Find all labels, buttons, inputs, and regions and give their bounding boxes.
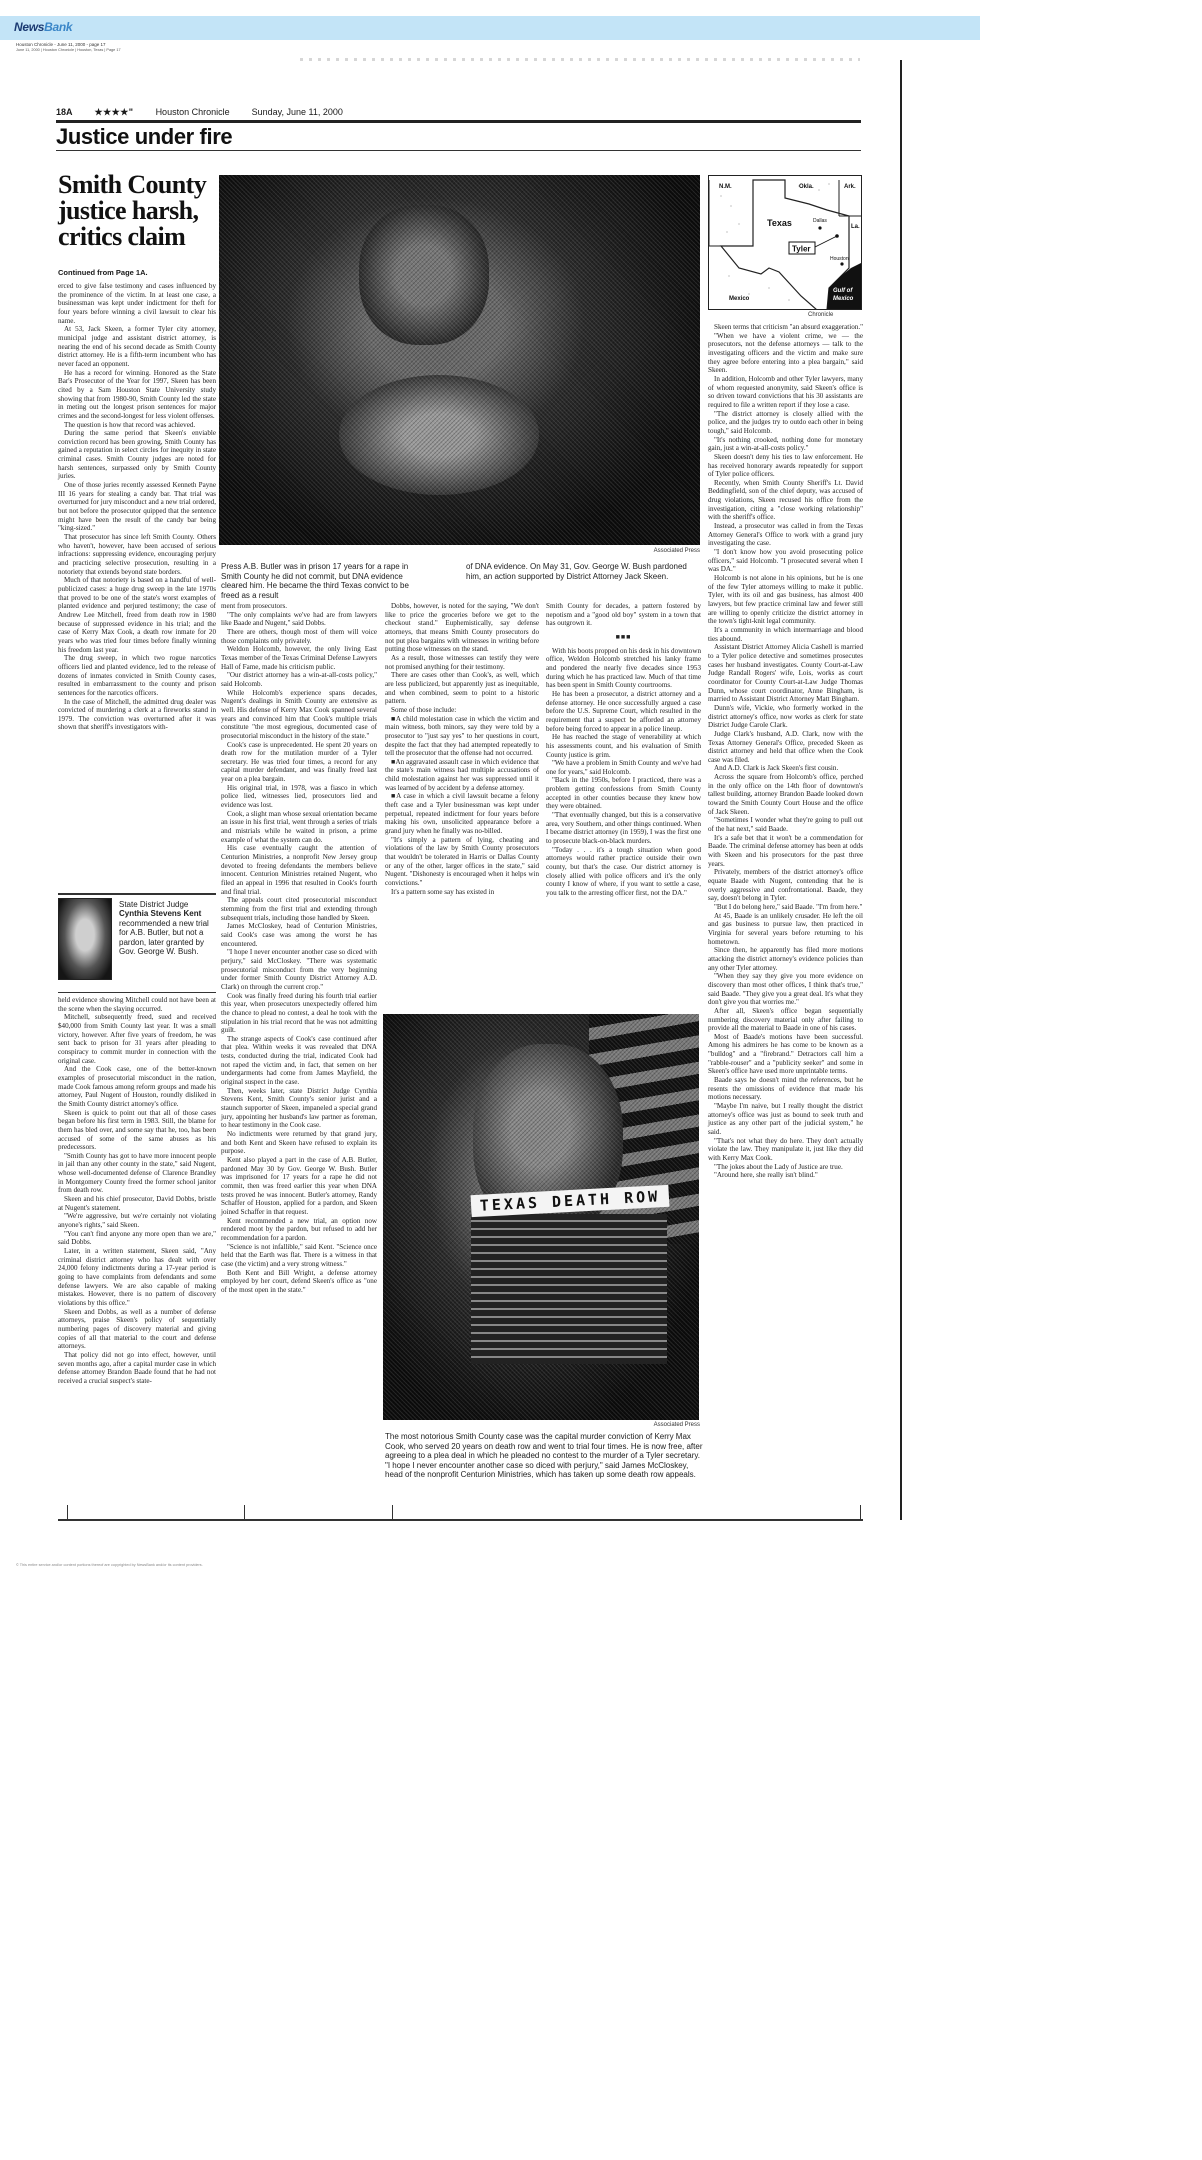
article-paragraph: At 45, Baade is an unlikely crusader. He… [708,912,863,947]
scan-tick [392,1505,393,1519]
article-paragraph: "Back in the 1950s, before I practiced, … [546,776,701,811]
article-paragraph: "The only complaints we've had are from … [221,611,377,628]
logo-text-news: News [14,20,44,34]
article-paragraph: Holcomb is not alone in his opinions, bu… [708,574,863,626]
article-paragraph: ment from prosecutors. [221,602,377,611]
map-label-gulf-2: Mexico [833,296,854,302]
article-paragraph: "We have a problem in Smith County and w… [546,759,701,776]
scan-tick [67,1505,68,1519]
article-paragraph: Skeen doesn't deny his ties to law enfor… [708,453,863,479]
scan-artifact [300,58,860,61]
map-label-texas: Texas [767,218,792,228]
article-column-5: Skeen terms that criticism "an absurd ex… [708,323,863,1180]
article-paragraph: "Our district attorney has a win-at-all-… [221,671,377,688]
article-paragraph: "You can't find anyone any more open tha… [58,1230,216,1247]
article-paragraph: Skeen is quick to point out that all of … [58,1109,216,1152]
article-column-3: Dobbs, however, is noted for the saying,… [385,602,539,896]
map-label-gulf-1: Gulf of [833,288,853,294]
article-paragraph: The drug sweep, in which two rogue narco… [58,654,216,697]
article-paragraph: He has been a prosecutor, a district att… [546,690,701,733]
page-number: 18A [56,107,73,117]
article-paragraph: In the case of Mitchell, the admitted dr… [58,698,216,733]
newsbank-logo[interactable]: NewsBank [14,20,72,34]
page-folio: 18A ★★★★" Houston Chronicle Sunday, June… [56,107,343,118]
document-meta: June 11, 2000 | Houston Chronicle | Hous… [16,48,121,52]
mug-rule [58,893,216,895]
article-paragraph: Some of those include: [385,706,539,715]
map-label-okla: Okla. [799,184,814,190]
article-paragraph: As a result, those witnesses can testify… [385,654,539,671]
scan-tick [244,1505,245,1519]
article-paragraph: Baade says he doesn't mind the reference… [708,1076,863,1102]
page-edge [900,60,905,1520]
article-paragraph: At 53, Jack Skeen, a former Tyler city a… [58,325,216,368]
article-paragraph: Instead, a prosecutor was called in from… [708,522,863,548]
article-paragraph: Cook was finally freed during his fourth… [221,992,377,1035]
top-rule [56,120,861,123]
article-paragraph: "Around here, she really isn't blind." [708,1171,863,1180]
article-paragraph: Assistant District Attorney Alicia Cashe… [708,643,863,704]
article-paragraph: It's a pattern some say has existed in [385,888,539,897]
photo-book-cover [471,1214,667,1364]
article-paragraph: It's a community in which intermarriage … [708,626,863,643]
article-paragraph: Kent also played a part in the case of A… [221,1156,377,1217]
article-paragraph: The appeals court cited prosecutorial mi… [221,896,377,922]
article-paragraph: Later, in a written statement, Skeen sai… [58,1247,216,1308]
mug-rule-bottom [58,992,216,993]
article-paragraph: Smith County for decades, a pattern fost… [546,602,701,628]
newspaper-name: Houston Chronicle [156,107,230,117]
article-paragraph: And A.D. Clark is Jack Skeen's first cou… [708,764,863,773]
title-rule [56,150,861,151]
article-paragraph: Judge Clark's husband, A.D. Clark, now w… [708,730,863,765]
article-paragraph: Most of Baade's motions have been succes… [708,1033,863,1076]
article-paragraph: Weldon Holcomb, however, the only living… [221,645,377,671]
article-paragraph: After all, Skeen's office began sequenti… [708,1007,863,1033]
newsbank-header-bar: NewsBank [0,16,980,40]
article-paragraph: Skeen and Dobbs, as well as a number of … [58,1308,216,1351]
bullet-item: A child molestation case in which the vi… [385,715,539,758]
article-paragraph: Much of that notoriety is based on a han… [58,576,216,654]
article-paragraph: Privately, members of the district attor… [708,868,863,903]
edition-stars: ★★★★" [95,107,134,118]
map-label-la: La. [851,224,860,230]
map-label-nm: N.M. [719,184,732,190]
article-paragraph: That policy did not go into effect, howe… [58,1351,216,1386]
article-paragraph: "The district attorney is closely allied… [708,410,863,436]
caption-body: recommended a new trial for A.B. Butler,… [119,919,209,956]
article-paragraph: His case eventually caught the attention… [221,844,377,896]
article-paragraph: "The jokes about the Lady of Justice are… [708,1163,863,1172]
caption-name: Cynthia Stevens Kent [119,909,201,918]
article-paragraph: "It's nothing crooked, nothing done for … [708,436,863,453]
article-headline: Smith County justice harsh, critics clai… [58,172,218,250]
photo-subject-face [359,205,489,345]
article-paragraph: One of those juries recently assessed Ke… [58,481,216,533]
article-paragraph: There are others, though most of them wi… [221,628,377,645]
article-paragraph: "Science is not infallible," said Kent. … [221,1243,377,1269]
section-break: ■■■ [546,633,701,642]
top-photo-caption-a: Press A.B. Butler was in prison 17 years… [221,562,421,600]
document-title: Houston Chronicle - June 11, 2000 - page… [16,42,105,47]
article-paragraph: That prosecutor has since left Smith Cou… [58,533,216,576]
map-label-houston: Houston [830,256,849,262]
article-paragraph: "We're aggressive, but we're certainly n… [58,1212,216,1229]
article-column-1: erced to give false testimony and cases … [58,282,216,732]
section-title: Justice under fire [56,124,232,150]
article-paragraph: "When they say they give you more eviden… [708,972,863,1007]
article-paragraph: James McCloskey, head of Centurion Minis… [221,922,377,948]
article-paragraph: Kent recommended a new trial, an option … [221,1217,377,1243]
texas-death-row-sign: TEXAS DEATH ROW [471,1185,670,1217]
article-paragraph: "Sometimes I wonder what they're going t… [708,816,863,833]
article-paragraph: "I hope I never encounter another case s… [221,948,377,991]
map-label-mexico: Mexico [729,296,750,302]
article-paragraph: Dunn's wife, Vickie, who formerly worked… [708,704,863,730]
kent-portrait-photo [58,898,112,980]
article-paragraph: There are cases other than Cook's, as we… [385,671,539,706]
texas-map-graphic: N.M. Okla. Ark. La. Texas Dallas Houston… [709,176,862,310]
map-label-tyler: Tyler [792,245,811,254]
article-paragraph: Across the square from Holcomb's office,… [708,773,863,816]
article-paragraph: Cook's case is unprecedented. He spent 2… [221,741,377,784]
copyright-notice: © This entire service and/or content por… [16,1563,203,1567]
bullet-item: An aggravated assault case in which evid… [385,758,539,793]
article-paragraph: Both Kent and Bill Wright, a defense att… [221,1269,377,1295]
bottom-photo-credit: Associated Press [600,1422,700,1428]
article-paragraph: "I don't know how you avoid prosecuting … [708,548,863,574]
article-paragraph: No indictments were returned by that gra… [221,1130,377,1156]
publication-date: Sunday, June 11, 2000 [252,107,343,117]
article-paragraph: Recently, when Smith County Sheriff's Lt… [708,479,863,522]
cook-death-row-photo: TEXAS DEATH ROW [383,1014,699,1420]
bullet-item: A case in which a civil lawsuit became a… [385,792,539,835]
photo-subject-hands [339,375,539,495]
article-paragraph: And the Cook case, one of the better-kno… [58,1065,216,1108]
article-column-2: ment from prosecutors."The only complain… [221,602,377,1295]
article-paragraph: During the same period that Skeen's envi… [58,429,216,481]
article-paragraph: "Maybe I'm naive, but I really thought t… [708,1102,863,1137]
scan-tick [860,1505,861,1519]
article-paragraph: With his boots propped on his desk in hi… [546,647,701,690]
bottom-photo-caption: The most notorious Smith County case was… [385,1432,703,1480]
top-photo-caption-b: of DNA evidence. On May 31, Gov. George … [466,562,702,581]
map-label-dallas: Dallas [813,218,827,224]
article-paragraph: Mitchell, subsequently freed, sued and r… [58,1013,216,1065]
article-paragraph: "It's simply a pattern of lying, cheatin… [385,836,539,888]
article-paragraph: erced to give false testimony and cases … [58,282,216,325]
map-label-ark: Ark. [844,184,856,190]
article-paragraph: His original trial, in 1978, was a fiasc… [221,784,377,810]
butler-photo [219,175,700,545]
article-paragraph: "Smith County has got to have more innoc… [58,1152,216,1195]
map-credit: Chronicle [808,312,833,318]
article-paragraph: While Holcomb's experience spans decades… [221,689,377,741]
article-paragraph: Then, weeks later, state District Judge … [221,1087,377,1130]
article-paragraph: He has reached the stage of venerability… [546,733,701,759]
article-paragraph: He has a record for winning. Honored as … [58,369,216,421]
tyler-locator-map: N.M. Okla. Ark. La. Texas Dallas Houston… [708,175,862,310]
caption-title: State District Judge [119,900,188,909]
bottom-rule [58,1519,863,1521]
kent-portrait-caption: State District Judge Cynthia Stevens Ken… [119,900,219,956]
article-column-1-continued: held evidence showing Mitchell could not… [58,996,216,1386]
article-paragraph: It's a safe bet that it won't be a comme… [708,834,863,869]
article-paragraph: Cook, a slight man whose sexual orientat… [221,810,377,845]
article-paragraph: Skeen and his chief prosecutor, David Do… [58,1195,216,1212]
logo-text-bank: Bank [44,20,72,34]
article-paragraph: In addition, Holcomb and other Tyler law… [708,375,863,410]
article-paragraph: "That's not what they do here. They don'… [708,1137,863,1163]
article-paragraph: "That eventually changed, but this is a … [546,811,701,846]
article-paragraph: Dobbs, however, is noted for the saying,… [385,602,539,654]
article-paragraph: The question is how that record was achi… [58,421,216,430]
continued-line: Continued from Page 1A. [58,268,148,277]
article-paragraph: Since then, he apparently has filed more… [708,946,863,972]
article-paragraph: held evidence showing Mitchell could not… [58,996,216,1013]
article-paragraph: "But I do belong here," said Baade. "I'm… [708,903,863,912]
top-photo-credit: Associated Press [600,548,700,554]
article-paragraph: "Today . . . it's a tough situation when… [546,846,701,898]
article-paragraph: The strange aspects of Cook's case conti… [221,1035,377,1087]
article-column-4: Smith County for decades, a pattern fost… [546,602,701,898]
article-paragraph: "When we have a violent crime, we — the … [708,332,863,375]
article-paragraph: Skeen terms that criticism "an absurd ex… [708,323,863,332]
